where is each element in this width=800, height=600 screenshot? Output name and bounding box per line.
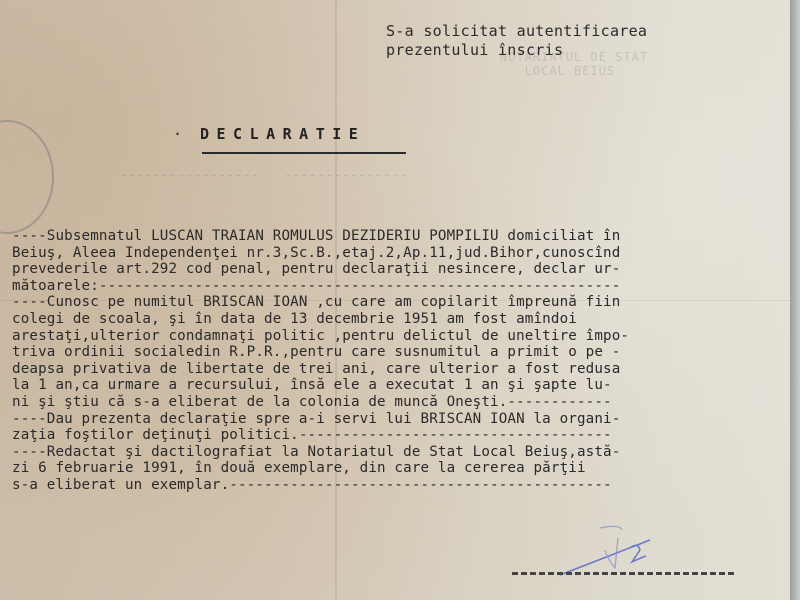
body-line: zi 6 februarie 1991, în două exemplare, … (12, 460, 792, 477)
authentication-note: S-a solicitat autentificareaprezentului … (386, 22, 647, 60)
body-line: arestaţi,ulterior condamnaţi politic ,pe… (12, 328, 792, 345)
body-line: zaţia foştilor deţinuţi politici.-------… (12, 427, 792, 444)
title-bullet: · (173, 125, 182, 143)
body-line: s-a eliberat un exemplar.---------------… (12, 477, 792, 494)
body-line: mătoarele:------------------------------… (12, 278, 792, 295)
title-underline (202, 152, 406, 154)
body-line: ----Cunosc pe numitul BRISCAN IOAN ,cu c… (12, 294, 792, 311)
body-line: Beiuş, Aleea Independenţei nr.3,Sc.B.,et… (12, 245, 792, 262)
note-line: S-a solicitat autentificarea (386, 22, 647, 41)
body-line: prevederile art.292 cod penal, pentru de… (12, 261, 792, 278)
body-line: ni şi ştiu că s-a eliberat de la colonia… (12, 394, 792, 411)
body-line: ----Subsemnatul LUSCAN TRAIAN ROMULUS DE… (12, 228, 792, 245)
body-line: colegi de scoala, şi în data de 13 decem… (12, 311, 792, 328)
document-page: NOTARIATUL DE STAT LOCAL BEIUS ---------… (0, 0, 790, 600)
background-edge (790, 0, 800, 600)
signature-icon (560, 520, 710, 590)
body-line: triva ordinii socialedin R.P.R.,pentru c… (12, 344, 792, 361)
body-line: ----Redactat şi dactilografiat la Notari… (12, 444, 792, 461)
note-line: prezentului înscris (386, 41, 647, 60)
document-title: DECLARATIE (200, 125, 365, 143)
body-line: ----Dau prezenta declaraţie spre a-i ser… (12, 411, 792, 428)
body-line: la 1 an,ca urmare a recursului, însă ele… (12, 377, 792, 394)
body-line: deapsa privativa de libertate de trei an… (12, 361, 792, 378)
faded-stamp-icon (0, 120, 54, 234)
signature-line (512, 572, 734, 575)
declaration-body: ----Subsemnatul LUSCAN TRAIAN ROMULUS DE… (12, 228, 792, 494)
show-through-text: ----------------- --------------- (120, 168, 408, 182)
